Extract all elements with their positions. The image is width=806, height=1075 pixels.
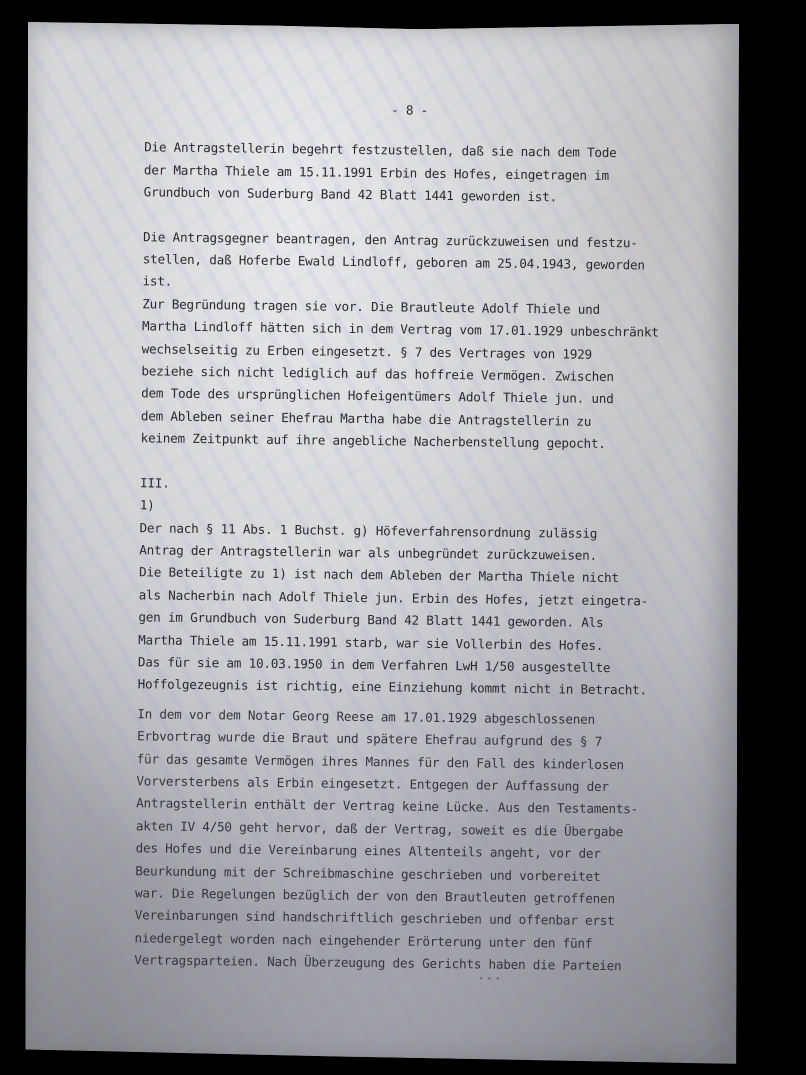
paragraph-decision: Der nach § 11 Abs. 1 Buchst. g) Höfeverf… (137, 517, 639, 702)
page-number: - 8 - (175, 97, 645, 125)
continuation-mark: ... (477, 968, 502, 982)
text-line: Vertragsparteien. Nach Überzeugung des G… (134, 949, 634, 978)
paragraph-opposing-motion: Die Antragsgegner beantragen, den Antrag… (142, 226, 643, 299)
scanned-page: - 8 - Die Antragstellerin begehrt festzu… (25, 22, 739, 1064)
paragraph-grounds: Zur Begründung tragen sie vor. Die Braut… (140, 293, 642, 456)
page-text-body: - 8 - Die Antragstellerin begehrt festzu… (134, 96, 645, 978)
paragraph-request-claim: Die Antragstellerin begehrt festzustelle… (143, 137, 644, 210)
paragraph-contract-analysis: In dem vor dem Notar Georg Reese am 17.0… (134, 703, 637, 978)
